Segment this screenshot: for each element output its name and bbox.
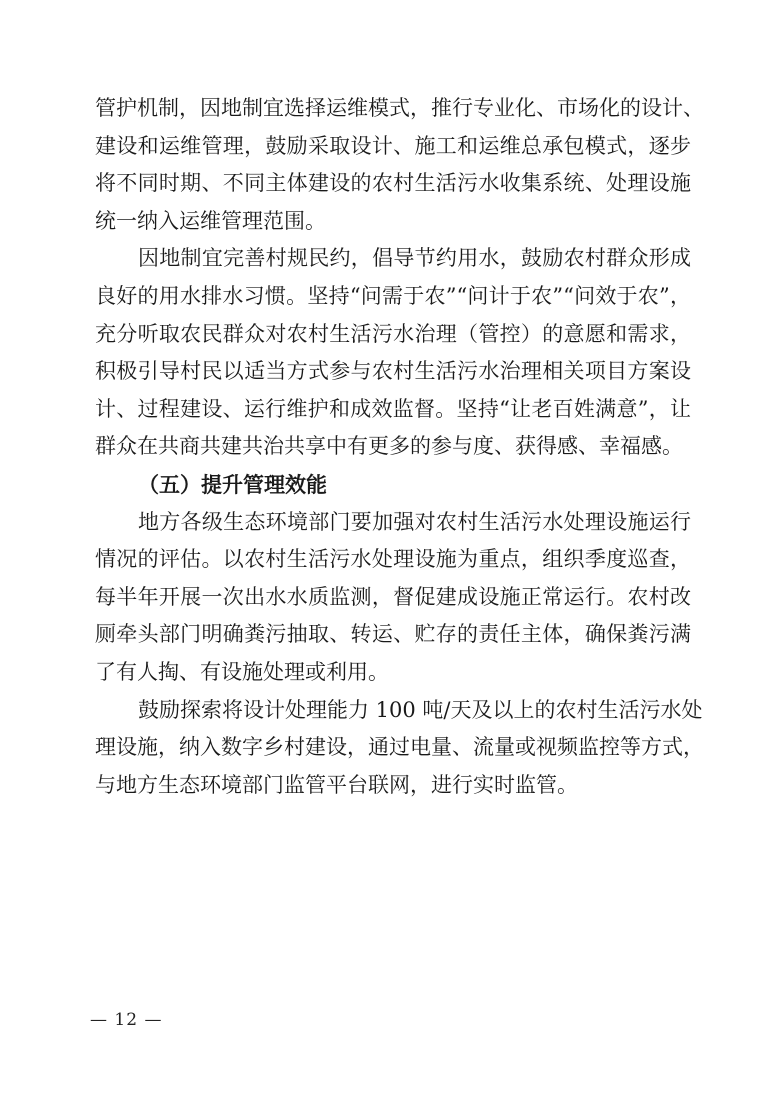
text-line: 因地制宜完善村规民约，倡导节约用水，鼓励农村群众形成: [95, 240, 691, 278]
text-line: 计、过程建设、运行维护和成效监督。坚持“让老百姓满意”，让: [95, 391, 691, 429]
text-line: 了有人掏、有设施处理或利用。: [95, 654, 691, 692]
text-line: 良好的用水排水习惯。坚持“问需于农”“问计于农”“问效于农”，: [95, 278, 691, 316]
text-line: 情况的评估。以农村生活污水处理设施为重点，组织季度巡查，: [95, 541, 691, 579]
section-heading: （五）提升管理效能: [95, 466, 691, 504]
text-line: 群众在共商共建共治共享中有更多的参与度、获得感、幸福感。: [95, 428, 691, 466]
document-page: 管护机制，因地制宜选择运维模式，推行专业化、市场化的设计、 建设和运维管理，鼓励…: [0, 0, 782, 1099]
text-line: 厕牵头部门明确粪污抽取、转运、贮存的责任主体，确保粪污满: [95, 616, 691, 654]
body-text: 管护机制，因地制宜选择运维模式，推行专业化、市场化的设计、 建设和运维管理，鼓励…: [95, 90, 691, 804]
text-line: 充分听取农民群众对农村生活污水治理（管控）的意愿和需求，: [95, 316, 691, 354]
text-line: 与地方生态环境部门监管平台联网，进行实时监管。: [95, 767, 691, 805]
page-number: — 12 —: [90, 1010, 162, 1030]
text-line: 每半年开展一次出水水质监测，督促建成设施正常运行。农村改: [95, 579, 691, 617]
text-line: 鼓励探索将设计处理能力 100 吨/天及以上的农村生活污水处: [95, 692, 691, 730]
text-line: 建设和运维管理，鼓励采取设计、施工和运维总承包模式，逐步: [95, 128, 691, 166]
text-line: 理设施，纳入数字乡村建设，通过电量、流量或视频监控等方式，: [95, 729, 691, 767]
text-line: 统一纳入运维管理范围。: [95, 203, 691, 241]
text-line: 管护机制，因地制宜选择运维模式，推行专业化、市场化的设计、: [95, 90, 691, 128]
text-line: 积极引导村民以适当方式参与农村生活污水治理相关项目方案设: [95, 353, 691, 391]
text-line: 地方各级生态环境部门要加强对农村生活污水处理设施运行: [95, 504, 691, 542]
text-line: 将不同时期、不同主体建设的农村生活污水收集系统、处理设施: [95, 165, 691, 203]
